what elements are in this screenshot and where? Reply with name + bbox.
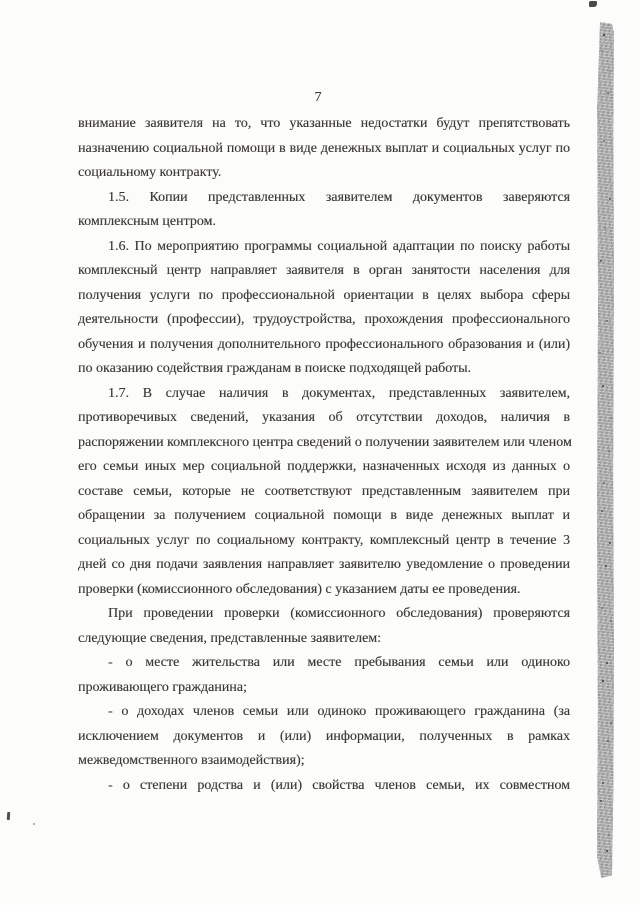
bullet-income: - о доходах членов семьи или одиноко про… [78, 700, 570, 774]
text-line: 1.7. В случае наличия в документах, пред… [78, 382, 570, 407]
text-line: комплексным центром. [78, 210, 570, 235]
scan-speck [589, 1, 597, 7]
text-line: противоречивых сведений, указания об отс… [78, 406, 570, 431]
text-line: следующие сведения, представленные заяви… [78, 627, 570, 652]
paragraph-1-5: 1.5. Копии представленных заявителем док… [78, 186, 570, 235]
text-line: обучения и получения дополнительного про… [78, 333, 570, 358]
paragraph-1-6: 1.6. По мероприятию программы социальной… [78, 235, 570, 382]
scanned-page: 7 внимание заявителя на то, что указанны… [0, 0, 640, 905]
text-line: деятельности (профессии), трудоустройств… [78, 308, 570, 333]
text-line: - о степени родства и (или) свойства чле… [78, 774, 570, 799]
bullet-residence: - о месте жительства или месте пребывани… [78, 651, 570, 700]
page-number: 7 [72, 90, 564, 106]
document-text: внимание заявителя на то, что указанные … [78, 112, 570, 798]
text-line: распоряжении комплексного центра сведени… [78, 431, 570, 456]
text-line: обращении за получением социальной помощ… [78, 504, 570, 529]
text-line: исключением документов и (или) информаци… [78, 725, 570, 750]
text-line: 1.6. По мероприятию программы социальной… [78, 235, 570, 260]
text-line: - о месте жительства или месте пребывани… [78, 651, 570, 676]
scan-edge-artifact [597, 22, 614, 878]
paragraph-1-7: 1.7. В случае наличия в документах, пред… [78, 382, 570, 603]
text-line: - о доходах членов семьи или одиноко про… [78, 700, 570, 725]
paragraph-continuation: внимание заявителя на то, что указанные … [78, 112, 570, 186]
text-line: проверки (комиссионного обследования) с … [78, 578, 570, 603]
text-line: социальному контракту. [78, 161, 570, 186]
bullet-kinship: - о степени родства и (или) свойства чле… [78, 774, 570, 799]
text-line: по оказанию содействия гражданам в поиск… [78, 357, 570, 382]
text-line: внимание заявителя на то, что указанные … [78, 112, 570, 137]
scan-speck [7, 812, 11, 820]
text-line: составе семьи, которые не соответствуют … [78, 480, 570, 505]
text-line: 1.5. Копии представленных заявителем док… [78, 186, 570, 211]
paragraph-check-intro: При проведении проверки (комиссионного о… [78, 602, 570, 651]
scan-speck [33, 823, 35, 825]
text-line: социальных услуг по социальному контракт… [78, 529, 570, 554]
text-line: При проведении проверки (комиссионного о… [78, 602, 570, 627]
text-line: назначению социальной помощи в виде дене… [78, 137, 570, 162]
text-line: межведомственного взаимодействия); [78, 749, 570, 774]
text-line: его семьи иных мер социальной поддержки,… [78, 455, 570, 480]
text-line: получения услуги по профессиональной ори… [78, 284, 570, 309]
text-line: проживающего гражданина; [78, 676, 570, 701]
text-line: дней со дня подачи заявления направляет … [78, 553, 570, 578]
text-line: комплексный центр направляет заявителя в… [78, 259, 570, 284]
